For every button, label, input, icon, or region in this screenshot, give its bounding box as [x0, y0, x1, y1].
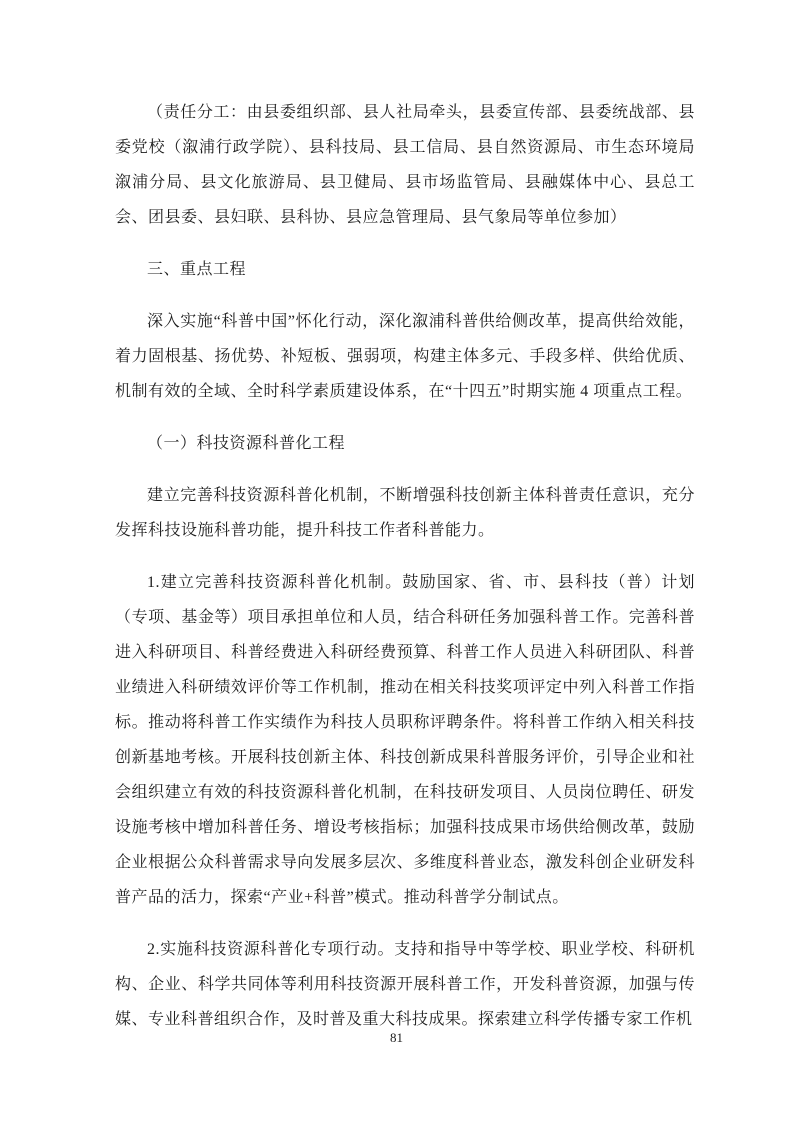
- section-heading-key-projects: 三、重点工程: [115, 252, 695, 287]
- document-body: （责任分工：由县委组织部、县人社局牵头，县委宣传部、县委统战部、县委党校（溆浦行…: [115, 95, 695, 1037]
- paragraph-item-1-mechanism: 1.建立完善科技资源科普化机制。鼓励国家、省、市、县科技（普）计划（专项、基金等…: [115, 565, 695, 915]
- paragraph-subsection-overview: 建立完善科技资源科普化机制，不断增强科技创新主体科普责任意识，充分发挥科技设施科…: [115, 478, 695, 548]
- paragraph-item-2-special-action: 2.实施科技资源科普化专项行动。支持和指导中等学校、职业学校、科研机构、企业、科…: [115, 932, 695, 1037]
- document-page: （责任分工：由县委组织部、县人社局牵头，县委宣传部、县委统战部、县委党校（溆浦行…: [0, 0, 793, 1122]
- paragraph-section-intro: 深入实施“科普中国”怀化行动，深化溆浦科普供给侧改革，提高供给效能，着力固根基、…: [115, 304, 695, 409]
- paragraph-responsibility-note: （责任分工：由县委组织部、县人社局牵头，县委宣传部、县委统战部、县委党校（溆浦行…: [115, 95, 695, 235]
- page-number: 81: [0, 1028, 793, 1048]
- subsection-heading-sci-tech-resources: （一）科技资源科普化工程: [115, 426, 695, 461]
